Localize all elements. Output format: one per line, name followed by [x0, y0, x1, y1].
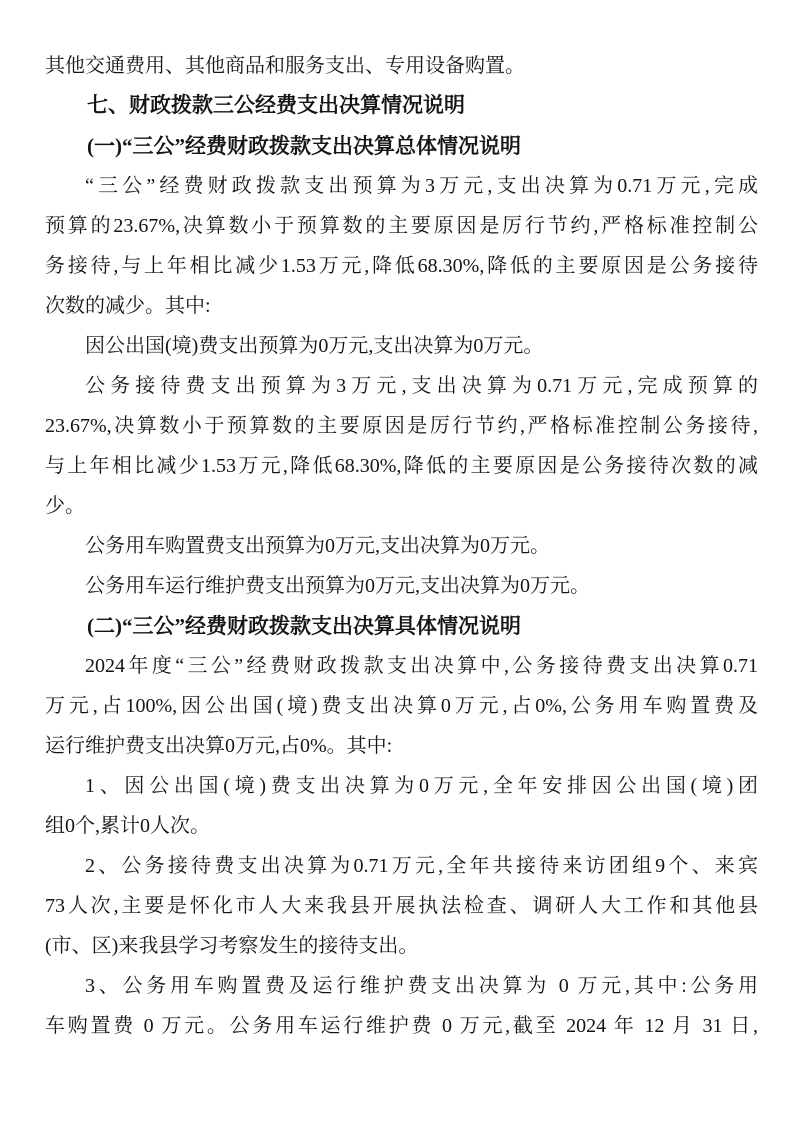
para-item1-abroad-line-2: 组0个,累计0人次。 — [45, 806, 758, 846]
para-vehicle-maintenance-budget: 公务用车运行维护费支出预算为0万元,支出决算为0万元。 — [45, 566, 758, 606]
para-item3-vehicle-line-2: 车购置费 0 万元。公务用车运行维护费 0 万元,截至 2024 年 12 月 … — [45, 1006, 758, 1046]
para-vehicle-purchase-budget: 公务用车购置费支出预算为0万元,支出决算为0万元。 — [45, 526, 758, 566]
para-reception-budget-line-3: 与上年相比减少1.53万元,降低68.30%,降低的主要原因是公务接待次数的减 — [45, 446, 758, 486]
para-overview-line-2: 预算的23.67%,决算数小于预算数的主要原因是厉行节约,严格标准控制公 — [45, 206, 758, 246]
para-item2-reception-line-2: 73人次,主要是怀化市人大来我县开展执法检查、调研人大工作和其他县 — [45, 886, 758, 926]
para-abroad-budget: 因公出国(境)费支出预算为0万元,支出决算为0万元。 — [45, 326, 758, 366]
heading-section-seven: 七、财政拨款三公经费支出决算情况说明 — [45, 86, 758, 126]
heading-subsection-two: (二)“三公”经费财政拨款支出决算具体情况说明 — [45, 606, 758, 646]
para-item2-reception-line-1: 2、公务接待费支出决算为0.71万元,全年共接待来访团组9个、来宾 — [45, 846, 758, 886]
para-reception-budget-line-1: 公务接待费支出预算为3万元,支出决算为0.71万元,完成预算的 — [45, 366, 758, 406]
para-detail-2024-line-3: 运行维护费支出决算0万元,占0%。其中: — [45, 726, 758, 766]
para-overview-line-1: “三公”经费财政拨款支出预算为3万元,支出决算为0.71万元,完成 — [45, 166, 758, 206]
para-detail-2024-line-1: 2024年度“三公”经费财政拨款支出决算中,公务接待费支出决算0.71 — [45, 646, 758, 686]
document-page: 其他交通费用、其他商品和服务支出、专用设备购置。 七、财政拨款三公经费支出决算情… — [0, 0, 793, 1122]
heading-subsection-one: (一)“三公”经费财政拨款支出决算总体情况说明 — [45, 126, 758, 166]
para-overview-line-3: 务接待,与上年相比减少1.53万元,降低68.30%,降低的主要原因是公务接待 — [45, 246, 758, 286]
para-other-expenses-tail: 其他交通费用、其他商品和服务支出、专用设备购置。 — [45, 46, 758, 86]
para-reception-budget-line-4: 少。 — [45, 486, 758, 526]
para-reception-budget-line-2: 23.67%,决算数小于预算数的主要原因是厉行节约,严格标准控制公务接待, — [45, 406, 758, 446]
para-item1-abroad-line-1: 1、因公出国(境)费支出决算为0万元,全年安排因公出国(境)团 — [45, 766, 758, 806]
para-item3-vehicle-line-1: 3、公务用车购置费及运行维护费支出决算为 0 万元,其中:公务用 — [45, 966, 758, 1006]
para-detail-2024-line-2: 万元,占100%,因公出国(境)费支出决算0万元,占0%,公务用车购置费及 — [45, 686, 758, 726]
para-overview-line-4: 次数的减少。其中: — [45, 286, 758, 326]
para-item2-reception-line-3: (市、区)来我县学习考察发生的接待支出。 — [45, 926, 758, 966]
